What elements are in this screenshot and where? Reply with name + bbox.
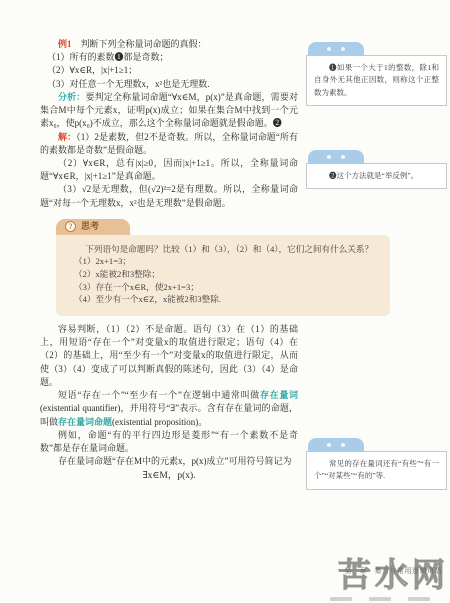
- solution-paragraph-1: 解：（1）2是素数，但2不是奇数。所以，全称量词命题“所有的素数都是奇数”是假命…: [40, 131, 298, 157]
- note-tab-dot: [327, 155, 331, 159]
- solution-text-1: （1）2是素数，但2不是奇数。所以，全称量词命题“所有的素数都是奇数”是假命题。: [40, 132, 298, 155]
- watermark-smudge: [330, 597, 352, 601]
- watermark-smudge: [369, 597, 391, 601]
- note-tab-dot: [341, 155, 345, 159]
- watermark-text: 苦水网: [338, 549, 449, 596]
- margin-note-3-text: 常见的存在量词还有“有些”“有一个”“对某些”“有的”等.: [306, 451, 447, 490]
- body-paragraph-4: 存在量词命题“存在M中的元素x，p(x)成立”可用符号简记为: [40, 455, 298, 468]
- note-tab-dot: [341, 47, 345, 51]
- note-tab-dot: [327, 47, 331, 51]
- margin-note-2: ❷这个方法就是“举反例”。: [306, 150, 447, 189]
- analysis-paragraph: 分析：要判定全称量词命题“∀x∈M，p(x)”是真命题，需要对集合M中每个元素x…: [40, 91, 298, 131]
- body-paragraph-1: 容易判断，（1）（2）不是命题。语句（3）在（1）的基础上，用短语“存在一个”对…: [40, 323, 298, 389]
- body-paragraph-2: 短语“存在一个”“至少有一个”在逻辑中通常叫做存在量词(existential …: [40, 389, 298, 429]
- solution-paragraph-3: （3）√2是无理数，但(√2)²=2是有理数。所以，全称量词命题“对每一个无理数…: [40, 183, 298, 209]
- margin-note-1-text: ❶如果一个大于1的整数，除1和自身外无其他正因数，则称这个正整数为素数。: [306, 55, 447, 106]
- body-paragraph-3: 例如，命题“有的平行四边形是菱形”“有一个素数不是奇数”都是存在量词命题。: [40, 429, 298, 455]
- margin-note-1: ❶如果一个大于1的整数，除1和自身外无其他正因数，则称这个正整数为素数。: [306, 42, 447, 106]
- note-tab-dot: [341, 443, 345, 447]
- solution-label: 解：: [58, 132, 76, 142]
- watermark-smudges: [330, 597, 430, 601]
- think-box-tab: ? 思考: [56, 219, 130, 235]
- example-heading: 例1 判断下列全称量词命题的真假：: [40, 38, 298, 51]
- margin-note-3: 常见的存在量词还有“有些”“有一个”“对某些”“有的”等.: [306, 438, 447, 490]
- note-tab: [308, 438, 364, 451]
- p2-text-c: (existential proposition)。: [112, 417, 207, 427]
- term-existential-proposition: 存在量词命题: [58, 417, 112, 427]
- p2-text-a: 短语“存在一个”“至少有一个”在逻辑中通常叫做: [58, 390, 260, 400]
- example-item-3: （3）对任意一个无理数x，x²也是无理数.: [40, 78, 298, 91]
- example-intro: 判断下列全称量词命题的真假：: [81, 39, 207, 49]
- term-existential-quantifier: 存在量词: [260, 390, 298, 400]
- main-column: 例1 判断下列全称量词命题的真假： （1）所有的素数❶都是奇数； （2）∀x∈R…: [40, 38, 298, 484]
- note-tab: [308, 42, 364, 55]
- example-item-1: （1）所有的素数❶都是奇数；: [40, 51, 298, 64]
- example-item-2: （2）∀x∈R，|x|+1≥1；: [40, 64, 298, 77]
- existential-formula: ∃x∈M，p(x).: [40, 470, 298, 484]
- solution-paragraph-2: （2）∀x∈R，总有|x|≥0，因而|x|+1≥1。所以，全称量词命题“∀x∈R…: [40, 157, 298, 183]
- watermark-smudge: [408, 597, 430, 601]
- margin-note-2-text: ❷这个方法就是“举反例”。: [306, 163, 447, 189]
- margin-notes-column: ❶如果一个大于1的整数，除1和自身外无其他正因数，则称这个正整数为素数。 ❷这个…: [306, 0, 447, 603]
- textbook-page: 例1 判断下列全称量词命题的真假： （1）所有的素数❶都是奇数； （2）∀x∈R…: [0, 0, 450, 603]
- question-circle-icon: ?: [65, 221, 76, 232]
- note-tab-dot: [327, 443, 331, 447]
- analysis-label: 分析：: [58, 92, 85, 102]
- note-tab: [308, 150, 364, 163]
- example-label: 例1: [58, 39, 72, 49]
- think-box-title: 思考: [81, 220, 99, 233]
